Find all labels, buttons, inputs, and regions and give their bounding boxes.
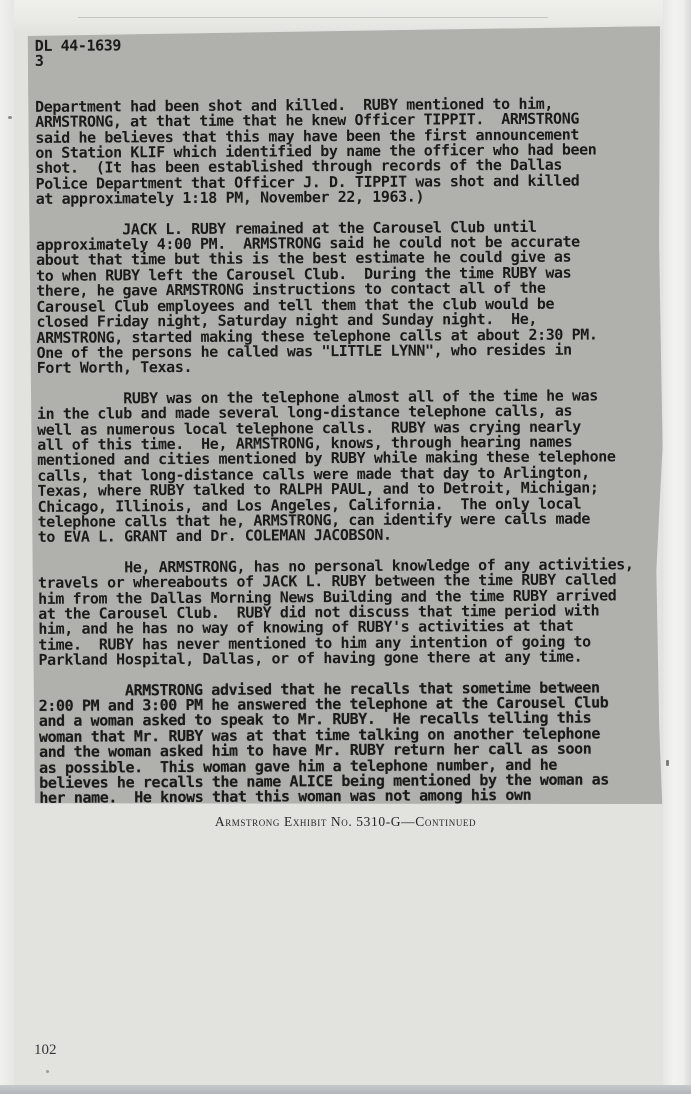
scan-speck [8, 116, 12, 119]
typewritten-paragraph-4: He, ARMSTRONG, has no personal knowledge… [38, 557, 665, 669]
typewritten-paragraph-2: JACK L. RUBY remained at the Carousel Cl… [36, 219, 663, 377]
scan-edge-strip [0, 1085, 691, 1094]
scan-artifact-line [78, 17, 548, 18]
photostat-document: DL 44-1639 3 Department had been shot an… [28, 26, 666, 808]
page-number: 102 [34, 1042, 57, 1059]
paper-edge-highlight [663, 0, 691, 1094]
scan-background-left [0, 0, 14, 1094]
scan-speck [46, 1070, 49, 1073]
scanned-book-page: DL 44-1639 3 Department had been shot an… [0, 0, 691, 1094]
file-reference: DL 44-1639 3 [35, 35, 661, 70]
scan-background-top [0, 0, 691, 30]
scan-speck [666, 760, 669, 766]
typewritten-paragraph-3: RUBY was on the telephone almost all of … [37, 388, 664, 546]
exhibit-caption: Armstrong Exhibit No. 5310-G—Continued [0, 814, 691, 830]
typewritten-paragraph-1: Department had been shot and killed. RUB… [35, 96, 662, 208]
typewritten-paragraph-5: ARMSTRONG advised that he recalls that s… [39, 680, 666, 807]
